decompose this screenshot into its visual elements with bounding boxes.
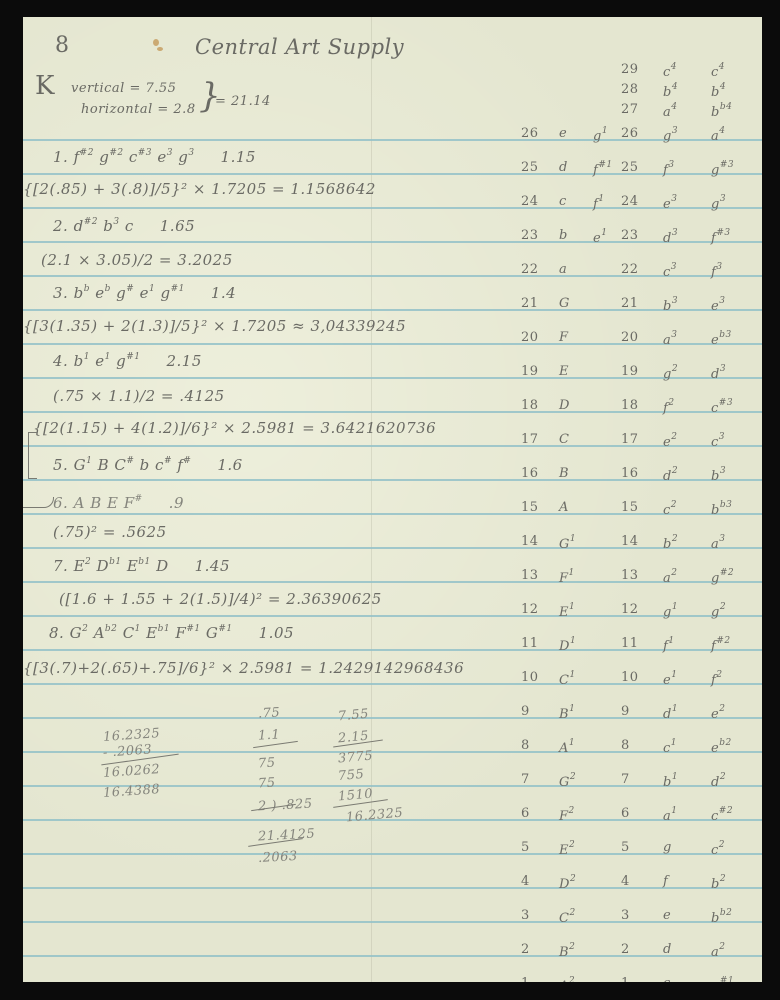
rule-line [23,547,762,549]
table-note-b: a3 [711,535,726,551]
notebook-page: 8 Central Art Supply K vertical = 7.55 h… [23,17,762,982]
table-row-number: 14 [621,535,639,548]
table-note-b: bb4 [711,103,732,119]
table-note-b: g#1 [711,977,734,982]
entry-formula: (.75)² = .5625 [53,525,167,540]
table-row-number: 7 [621,773,630,786]
table-row-number: 27 [621,103,639,116]
table-row-number: 7 [521,773,530,786]
table-note-a: e3 [663,195,677,211]
entry-notes: bb eb g# e1 g#1 [74,284,185,302]
table-note-b: f2 [711,671,723,687]
table-row-number: 2 [521,943,530,956]
table-note-b: g#3 [711,161,734,177]
table-note-b: b3 [711,467,726,483]
vertical-dimension: vertical = 7.55 [71,82,176,95]
entry-notes: d#2 b3 c [74,217,134,235]
rule-line [23,275,762,277]
entry-value: .9 [169,494,184,512]
table-note-b: b4 [711,83,726,99]
entry-formula: (.75 × 1.1)/2 = .4125 [53,389,225,404]
table-row-number: 5 [521,841,530,854]
table-row-number: 3 [621,909,630,922]
table-row-number: 23 [621,229,639,242]
table-note-b: bb2 [711,909,732,925]
table-note-a: F [559,331,569,344]
table-note-a: F2 [559,807,575,823]
table-note-b: f3 [711,263,723,279]
table-row-number: 11 [621,637,639,650]
table-note-a: d2 [663,467,678,483]
table-note-a: E [559,365,569,378]
table-note-a: B1 [559,705,575,721]
table-note-a: a4 [663,103,678,119]
table-note-a: E2 [559,841,575,857]
table-note-a: b1 [663,773,678,789]
table-note-b: f#1 [593,161,613,177]
entry-notes: f#2 g#2 c#3 e3 g3 [74,148,195,166]
rule-line [23,173,762,175]
entry-notes: b1 e1 g#1 [74,352,141,370]
table-note-b: a2 [711,943,726,959]
table-note-a: G [559,297,570,310]
stain-mark [153,39,159,46]
scratch-figure: 16.2325 [103,727,161,744]
table-note-b: a4 [711,127,726,143]
scratch-figure: .2063 [258,850,298,865]
table-row-number: 12 [521,603,539,616]
table-row-number: 21 [521,297,539,310]
table-note-a: C2 [559,909,576,925]
section-letter: K [35,73,55,99]
table-row-number: 24 [521,195,539,208]
page-title: Central Art Supply [195,37,404,58]
table-row-number: 15 [521,501,539,514]
entry-label: 6. [53,494,74,512]
table-row-number: 9 [521,705,530,718]
entry-value: 1.65 [160,217,195,235]
rule-line [23,887,762,889]
entry-header: 7. E2 Db1 Eb1 D1.45 [53,558,230,574]
entry-formula: {[2(.85) + 3(.8)]/5}² × 1.7205 = 1.15686… [23,182,376,197]
table-note-a: e [663,909,671,922]
table-note-a: d [559,161,568,174]
entry-notes: G1 B C# b c# f# [74,456,192,474]
entry-header: 2. d#2 b3 c1.65 [53,218,195,234]
table-note-a: D [559,399,570,412]
entry-notes: A B E F# [74,494,143,512]
table-row-number: 19 [621,365,639,378]
scratch-figure: 16.2325 [346,807,404,825]
entry-formula: {[3(1.35) + 2(1.3)]/5}² × 1.7205 ≈ 3,043… [23,319,406,334]
rule-line [23,513,762,515]
table-row-number: 13 [521,569,539,582]
rule-line [23,309,762,311]
table-note-b: e1 [593,229,607,245]
table-note-a: C [559,433,569,446]
table-note-a: c1 [663,739,677,755]
table-row-number: 25 [621,161,639,174]
horizontal-dimension: horizontal = 2.8 [81,103,196,116]
table-row-number: 5 [621,841,630,854]
rule-line [23,241,762,243]
entry-formula: {[2(1.15) + 4(1.2)]/6}² × 2.5981 = 3.642… [33,421,436,436]
table-note-a: b4 [663,83,678,99]
table-note-a: e1 [663,671,677,687]
table-note-b: e3 [711,297,725,313]
entry-value: 2.15 [166,352,201,370]
table-row-number: 17 [521,433,539,446]
table-note-b: g#2 [711,569,734,585]
table-row-number: 16 [621,467,639,480]
table-note-a: A2 [559,977,575,982]
table-row-number: 1 [521,977,530,982]
rule-line [23,207,762,209]
entry-formula: {[3(.7)+2(.65)+.75]/6}² × 2.5981 = 1.242… [23,661,464,676]
table-note-a: e [559,127,567,140]
scratch-figure: 755 [337,768,364,783]
table-row-number: 9 [621,705,630,718]
table-note-b: c3 [711,433,725,449]
table-note-b: c4 [711,63,725,79]
table-note-a: F1 [559,569,575,585]
table-note-a: c3 [663,263,677,279]
rule-line [23,717,762,719]
table-row-number: 14 [521,535,539,548]
table-row-number: 25 [521,161,539,174]
table-note-a: G2 [559,773,576,789]
table-note-a: D2 [559,875,576,891]
table-row-number: 23 [521,229,539,242]
scratch-figure: 3775 [338,749,374,765]
table-note-b: d3 [711,365,726,381]
rule-line [23,411,762,413]
entry-header: 8. G2 Ab2 C1 Eb1 F#1 G#11.05 [49,625,294,641]
table-note-b: f#3 [711,229,731,245]
table-note-a: a1 [663,807,678,823]
table-note-a: d1 [663,705,678,721]
table-note-a: a [559,263,567,276]
table-note-a: c [559,195,567,208]
table-note-b: g2 [711,603,726,619]
table-note-b: b2 [711,875,726,891]
table-row-number: 19 [521,365,539,378]
entry-label: 8. [49,624,70,642]
table-row-number: 18 [521,399,539,412]
table-note-a: g2 [663,365,678,381]
entry-header: 3. bb eb g# e1 g#11.4 [53,285,236,301]
table-note-b: d2 [711,773,726,789]
table-row-number: 12 [621,603,639,616]
table-note-a: b3 [663,297,678,313]
table-note-a: c [663,977,671,982]
table-note-a: f3 [663,161,675,177]
entry-header: 4. b1 e1 g#12.15 [53,353,202,369]
entry-formula: (2.1 × 3.05)/2 = 3.2025 [41,253,233,268]
table-row-number: 28 [621,83,639,96]
table-note-a: G1 [559,535,576,551]
table-row-number: 2 [621,943,630,956]
table-note-b: c#3 [711,399,733,415]
rule-line [23,921,762,923]
table-row-number: 20 [521,331,539,344]
table-row-number: 22 [521,263,539,276]
rule-line [23,853,762,855]
scratch-figure: 75 [258,777,276,791]
table-note-a: a2 [663,569,678,585]
table-note-a: g [663,841,672,854]
table-note-b: f1 [593,195,605,211]
entry-label: 3. [53,284,74,302]
table-row-number: 17 [621,433,639,446]
entry-label: 1. [53,148,74,166]
table-row-number: 6 [621,807,630,820]
table-note-a: B2 [559,943,575,959]
rule-line [23,479,762,481]
table-row-number: 11 [521,637,539,650]
table-row-number: 22 [621,263,639,276]
table-row-number: 26 [521,127,539,140]
entry-label: 4. [53,352,74,370]
table-note-a: A1 [559,739,575,755]
table-row-number: 1 [621,977,630,982]
rule-line [23,955,762,957]
table-row-number: 4 [621,875,630,888]
table-note-b: eb3 [711,331,732,347]
table-note-b: eb2 [711,739,732,755]
table-note-a: g1 [663,603,678,619]
table-row-number: 4 [521,875,530,888]
table-note-a: b2 [663,535,678,551]
table-row-number: 20 [621,331,639,344]
table-row-number: 16 [521,467,539,480]
table-row-number: 13 [621,569,639,582]
entry-header: 5. G1 B C# b c# f#1.6 [53,457,243,473]
table-note-b: f#2 [711,637,731,653]
rule-line [23,683,762,685]
table-row-number: 3 [521,909,530,922]
table-row-number: 10 [521,671,539,684]
table-row-number: 21 [621,297,639,310]
table-note-a: a3 [663,331,678,347]
table-note-a: b [559,229,568,242]
scratch-figure: .75 [258,706,281,720]
table-note-b: g1 [593,127,608,143]
entry-notes: G2 Ab2 C1 Eb1 F#1 G#1 [70,624,233,642]
table-note-b: bb3 [711,501,732,517]
entry-notes: E2 Db1 Eb1 D [74,557,169,575]
table-row-number: 8 [621,739,630,752]
entry-label: 2. [53,217,74,235]
paper-fold [371,17,372,982]
scratch-figure: 1.1 [258,728,281,742]
table-note-a: e2 [663,433,677,449]
table-row-number: 15 [621,501,639,514]
table-note-b: e2 [711,705,725,721]
entry-value: 1.45 [195,557,230,575]
table-note-a: f2 [663,399,675,415]
table-note-b: g3 [711,195,726,211]
table-row-number: 18 [621,399,639,412]
entry-label: 7. [53,557,74,575]
table-note-a: A [559,501,569,514]
table-note-b: c#2 [711,807,733,823]
table-note-a: c4 [663,63,677,79]
table-row-number: 6 [521,807,530,820]
table-row-number: 10 [621,671,639,684]
table-note-a: d [663,943,672,956]
entry-value: 1.4 [211,284,236,302]
table-note-a: f [663,875,668,888]
rule-line [23,343,762,345]
entry-formula: ([1.6 + 1.55 + 2(1.5)]/4)² = 2.36390625 [59,592,382,607]
entry-value: 1.05 [259,624,294,642]
rule-line [23,377,762,379]
entry-label: 5. [53,456,74,474]
table-note-a: c2 [663,501,677,517]
entry-value: 1.15 [221,148,256,166]
table-note-a: C1 [559,671,576,687]
page-number: 8 [55,35,70,57]
entry-header: 1. f#2 g#2 c#3 e3 g31.15 [53,149,256,165]
table-row-number: 24 [621,195,639,208]
table-note-a: E1 [559,603,575,619]
scratch-figure: 75 [258,757,276,771]
scratch-figure: 7.55 [337,708,369,724]
table-row-number: 29 [621,63,639,76]
dimension-product: = 21.14 [215,95,271,108]
bracket-mark [28,432,37,479]
bracket-mark [23,497,54,508]
entry-header: 6. A B E F#.9 [53,495,184,511]
table-note-b: c2 [711,841,725,857]
rule-line [23,615,762,617]
rule-line [23,581,762,583]
table-row-number: 26 [621,127,639,140]
table-note-a: B [559,467,569,480]
rule-line [23,445,762,447]
table-note-a: D1 [559,637,576,653]
table-row-number: 8 [521,739,530,752]
table-note-a: f1 [663,637,675,653]
rule-line [23,649,762,651]
scratch-figure: 16.0262 [103,763,161,780]
table-note-a: d3 [663,229,678,245]
scratch-figure: 16.4388 [103,783,161,800]
table-note-a: g3 [663,127,678,143]
stain-mark [157,47,163,51]
entry-value: 1.6 [217,456,242,474]
rule-line [23,139,762,141]
